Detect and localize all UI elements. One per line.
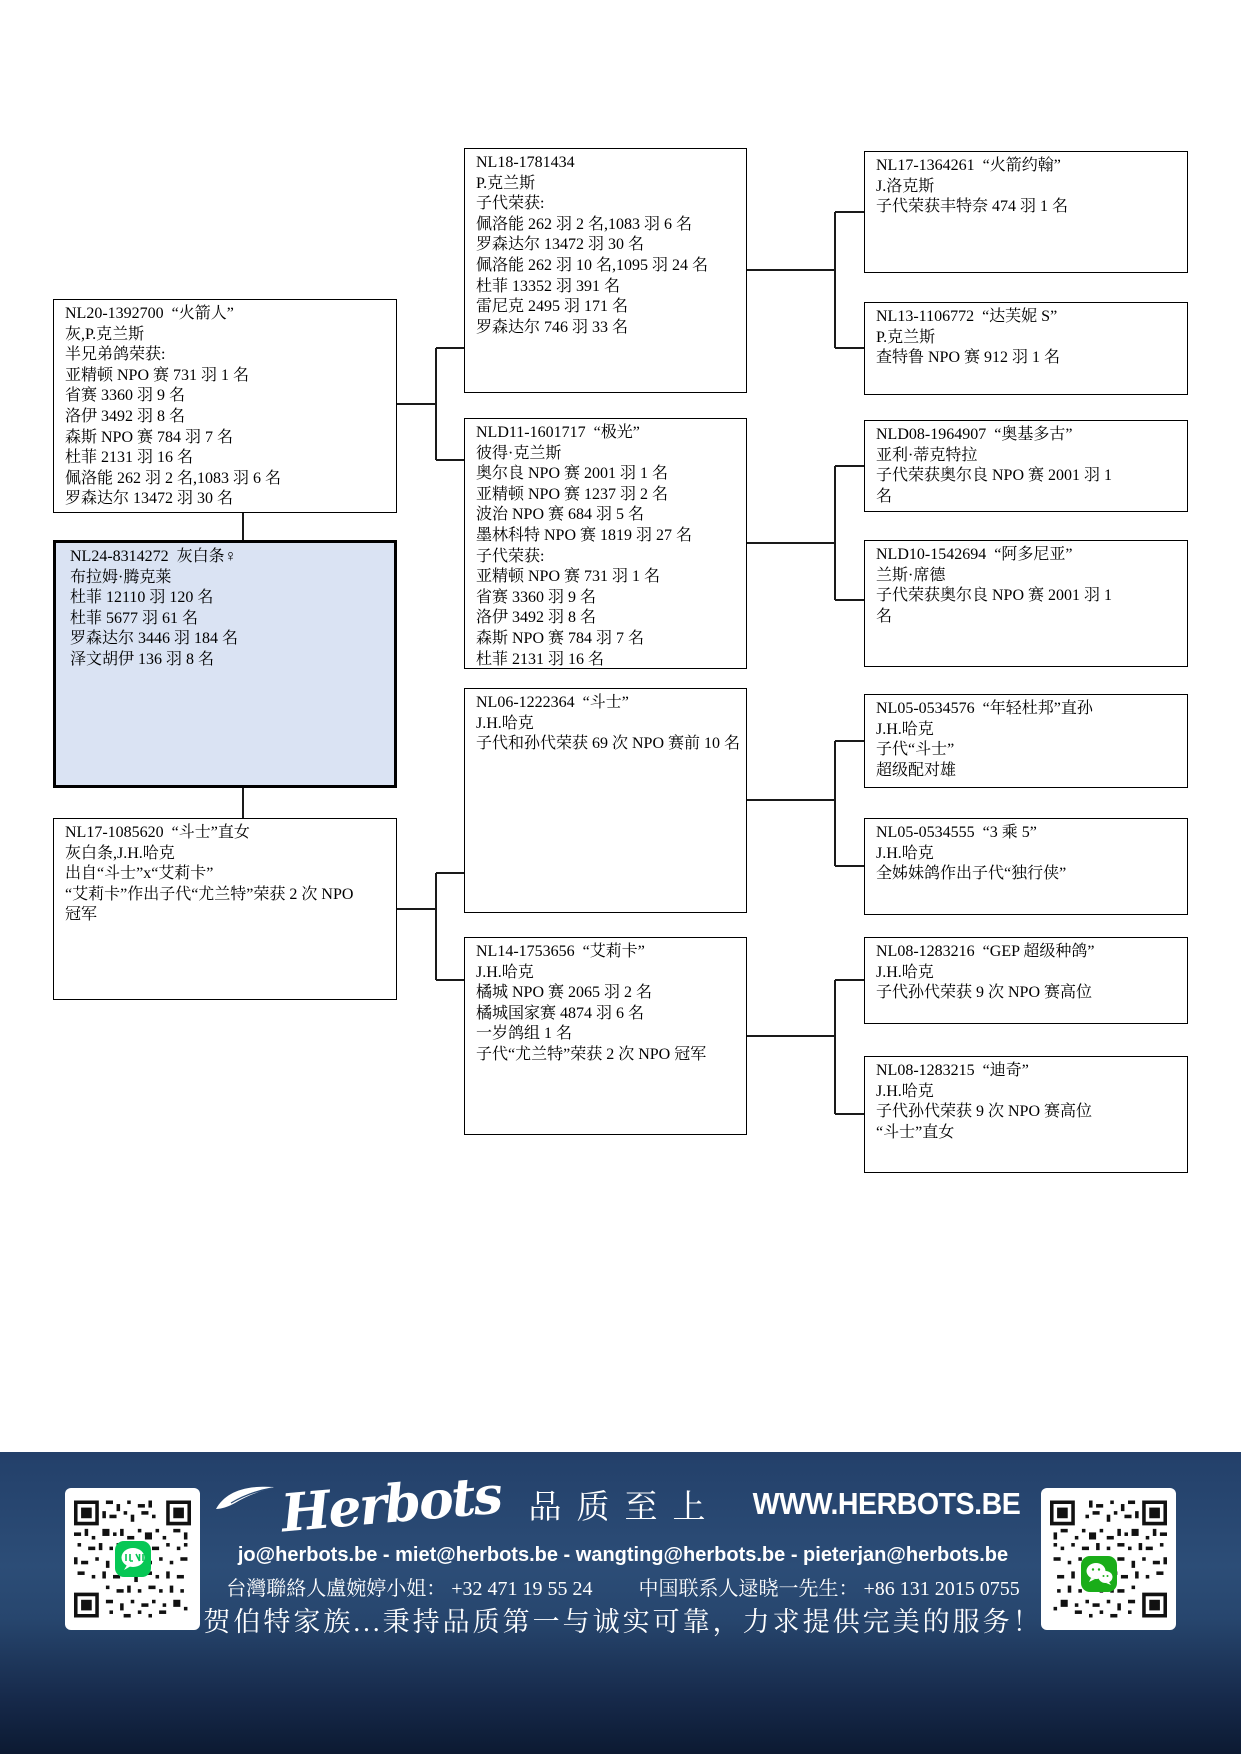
pedigree-text-line: 杜菲 2131 羽 16 名 [476, 650, 742, 669]
pedigree-text-line: 罗森达尔 3446 羽 184 名 [70, 629, 390, 650]
pedigree-text-line: 森斯 NPO 赛 784 羽 7 名 [476, 629, 742, 650]
pedigree-box-greatgrandparent-3: NLD08-1964907 “奥基多古”亚利·蒂克特拉子代荣获奥尔良 NPO 赛… [864, 420, 1188, 512]
pedigree-text-line: NLD10-1542694 “阿多尼亚” [876, 545, 1183, 566]
pedigree-text-line: 罗森达尔 13472 羽 30 名 [476, 235, 742, 256]
contact-china: 中国联系人逯晓一先生： +86 131 2015 0755 [639, 1572, 1020, 1601]
footer-logo-row: Herbots 品质至上 WWW.HERBOTS.BE [205, 1468, 1041, 1540]
pedigree-text-line: NL20-1392700 “火箭人” [65, 304, 392, 325]
pedigree-text-line: 罗森达尔 13472 羽 30 名 [65, 489, 392, 510]
footer-slogan: 贺伯特家族...秉持品质第一与诚实可靠，力求提供完美的服务！ [140, 1600, 1106, 1639]
pedigree-text-line: 杜菲 2131 羽 16 名 [65, 448, 392, 469]
pedigree-box-dam: NL17-1085620 “斗士”直女灰白条,J.H.哈克出自“斗士”x“艾莉卡… [53, 818, 397, 1000]
pedigree-text-line: J.H.哈克 [476, 714, 742, 735]
pedigree-text-line: 佩洛能 262 羽 2 名,1083 羽 6 名 [65, 469, 392, 490]
pedigree-text-line: 波治 NPO 赛 684 羽 5 名 [476, 505, 742, 526]
pedigree-box-dam-dam: NL14-1753656 “艾莉卡”J.H.哈克橘城 NPO 赛 2065 羽 … [464, 937, 747, 1135]
pedigree-text-line: NLD08-1964907 “奥基多古” [876, 425, 1183, 446]
pedigree-text-line: 布拉姆·腾克莱 [70, 568, 390, 589]
brand-wordmark: Herbots [278, 1464, 502, 1544]
pedigree-text-line: 子代和孙代荣获 69 次 NPO 赛前 10 名 [476, 734, 742, 755]
pedigree-text-line: 亚精顿 NPO 赛 1237 羽 2 名 [476, 485, 742, 506]
feather-icon [215, 1483, 277, 1513]
pedigree-text-line: J.H.哈克 [876, 1082, 1183, 1103]
pedigree-text-line: 橘城 NPO 赛 2065 羽 2 名 [476, 983, 742, 1004]
pedigree-text-line: 子代荣获: [476, 194, 742, 215]
pedigree-text-line: 查特鲁 NPO 赛 912 羽 1 名 [876, 348, 1183, 369]
pedigree-text-line: 省赛 3360 羽 9 名 [65, 386, 392, 407]
pedigree-text-line: NL14-1753656 “艾莉卡” [476, 942, 742, 963]
pedigree-box-sire: NL20-1392700 “火箭人”灰,P.克兰斯半兄弟鸽荣获:亚精顿 NPO … [53, 299, 397, 513]
pedigree-text-line: J.H.哈克 [876, 963, 1183, 984]
pedigree-box-greatgrandparent-2: NL13-1106772 “达芙妮 S”P.克兰斯查特鲁 NPO 赛 912 羽… [864, 302, 1188, 395]
pedigree-box-greatgrandparent-6: NL05-0534555 “3 乘 5”J.H.哈克全姊妹鸽作出子代“独行侠” [864, 818, 1188, 915]
pedigree-box-greatgrandparent-5: NL05-0534576 “年轻杜邦”直孙J.H.哈克子代“斗士”超级配对雄 [864, 694, 1188, 788]
pedigree-text-line: J.洛克斯 [876, 177, 1183, 198]
pedigree-text-line: 泽文胡伊 136 羽 8 名 [70, 650, 390, 671]
pedigree-text-line: 杜菲 12110 羽 120 名 [70, 588, 390, 609]
pedigree-box-dam-sire: NL06-1222364 “斗士”J.H.哈克子代和孙代荣获 69 次 NPO … [464, 688, 747, 913]
pedigree-text-line: 亚精顿 NPO 赛 731 羽 1 名 [65, 366, 392, 387]
pedigree-text-line: NL06-1222364 “斗士” [476, 693, 742, 714]
contact-taiwan: 台灣聯絡人盧婉婷小姐： +32 471 19 55 24 [226, 1572, 592, 1601]
pedigree-text-line: P.克兰斯 [876, 328, 1183, 349]
pedigree-text-line: 半兄弟鸽荣获: [65, 345, 392, 366]
pedigree-text-line: 名 [876, 487, 1183, 508]
pedigree-text-line: 子代荣获丰特奈 474 羽 1 名 [876, 197, 1183, 218]
pedigree-text-line: 灰,P.克兰斯 [65, 325, 392, 346]
pedigree-text-line: NL05-0534555 “3 乘 5” [876, 823, 1183, 844]
footer-contacts: 台灣聯絡人盧婉婷小姐： +32 471 19 55 24 中国联系人逯晓一先生：… [140, 1572, 1106, 1601]
pedigree-text-line: 墨林科特 NPO 赛 1819 羽 27 名 [476, 526, 742, 547]
pedigree-text-line: 名 [876, 607, 1183, 628]
pedigree-text-line: 出自“斗士”x“艾莉卡” [65, 864, 392, 885]
pedigree-text-line: “艾莉卡”作出子代“尤兰特”荣获 2 次 NPO [65, 885, 392, 906]
pedigree-text-line: 彼得·克兰斯 [476, 444, 742, 465]
pedigree-text-line: 兰斯·席德 [876, 566, 1183, 587]
pedigree-text-line: J.H.哈克 [876, 720, 1183, 741]
pedigree-text-line: NL18-1781434 [476, 153, 742, 174]
pedigree-text-line: NLD11-1601717 “极光” [476, 423, 742, 444]
website-text: WWW.HERBOTS.BE [752, 1486, 1020, 1522]
brand-tagline: 品质至上 [529, 1481, 721, 1528]
pedigree-text-line: 子代荣获奥尔良 NPO 赛 2001 羽 1 [876, 466, 1183, 487]
footer-emails: jo@herbots.be - miet@herbots.be - wangti… [205, 1544, 1041, 1567]
pedigree-text-line: 洛伊 3492 羽 8 名 [476, 608, 742, 629]
pedigree-text-line: J.H.哈克 [876, 844, 1183, 865]
pedigree-text-line: 超级配对雄 [876, 761, 1183, 782]
pedigree-text-line: 橘城国家赛 4874 羽 6 名 [476, 1004, 742, 1025]
pedigree-text-line: NL17-1364261 “火箭约翰” [876, 156, 1183, 177]
pedigree-text-line: P.克兰斯 [476, 174, 742, 195]
pedigree-page: NL20-1392700 “火箭人”灰,P.克兰斯半兄弟鸽荣获:亚精顿 NPO … [0, 0, 1241, 1754]
pedigree-text-line: 省赛 3360 羽 9 名 [476, 588, 742, 609]
pedigree-text-line: 杜菲 5677 羽 61 名 [70, 609, 390, 630]
pedigree-text-line: 子代荣获: [476, 547, 742, 568]
pedigree-text-line: 杜菲 13352 羽 391 名 [476, 277, 742, 298]
pedigree-text-line: 佩洛能 262 羽 10 名,1095 羽 24 名 [476, 256, 742, 277]
pedigree-text-line: 佩洛能 262 羽 2 名,1083 羽 6 名 [476, 215, 742, 236]
pedigree-text-line: 罗森达尔 746 羽 33 名 [476, 318, 742, 339]
pedigree-text-line: NL13-1106772 “达芙妮 S” [876, 307, 1183, 328]
pedigree-text-line: 洛伊 3492 羽 8 名 [65, 407, 392, 428]
pedigree-text-line: 全姊妹鸽作出子代“独行侠” [876, 864, 1183, 885]
pedigree-text-line: 灰白条,J.H.哈克 [65, 844, 392, 865]
pedigree-box-sire-sire: NL18-1781434P.克兰斯子代荣获:佩洛能 262 羽 2 名,1083… [464, 148, 747, 393]
pedigree-box-greatgrandparent-1: NL17-1364261 “火箭约翰”J.洛克斯子代荣获丰特奈 474 羽 1 … [864, 151, 1188, 273]
pedigree-box-subject: NL24-8314272 灰白条♀布拉姆·腾克莱杜菲 12110 羽 120 名… [53, 540, 397, 788]
pedigree-text-line: 亚利·蒂克特拉 [876, 446, 1183, 467]
pedigree-box-sire-dam: NLD11-1601717 “极光”彼得·克兰斯奥尔良 NPO 赛 2001 羽… [464, 418, 747, 669]
pedigree-text-line: 子代“斗士” [876, 740, 1183, 761]
pedigree-text-line: NL05-0534576 “年轻杜邦”直孙 [876, 699, 1183, 720]
pedigree-text-line: 一岁鸽组 1 名 [476, 1024, 742, 1045]
pedigree-text-line: NL17-1085620 “斗士”直女 [65, 823, 392, 844]
pedigree-text-line: 子代孙代荣获 9 次 NPO 赛高位 [876, 983, 1183, 1004]
pedigree-box-greatgrandparent-8: NL08-1283215 “迪奇”J.H.哈克子代孙代荣获 9 次 NPO 赛高… [864, 1056, 1188, 1173]
pedigree-box-greatgrandparent-7: NL08-1283216 “GEP 超级种鸽”J.H.哈克子代孙代荣获 9 次 … [864, 937, 1188, 1024]
pedigree-text-line: 亚精顿 NPO 赛 731 羽 1 名 [476, 567, 742, 588]
pedigree-text-line: 子代孙代荣获 9 次 NPO 赛高位 [876, 1102, 1183, 1123]
pedigree-text-line: 子代荣获奥尔良 NPO 赛 2001 羽 1 [876, 586, 1183, 607]
pedigree-text-line: 奥尔良 NPO 赛 2001 羽 1 名 [476, 464, 742, 485]
footer-band: Herbots 品质至上 WWW.HERBOTS.BE jo@herbots.b… [0, 1452, 1241, 1754]
pedigree-text-line: J.H.哈克 [476, 963, 742, 984]
pedigree-text-line: 森斯 NPO 赛 784 羽 7 名 [65, 428, 392, 449]
pedigree-text-line: 雷尼克 2495 羽 171 名 [476, 297, 742, 318]
pedigree-text-line: 子代“尤兰特”荣获 2 次 NPO 冠军 [476, 1045, 742, 1066]
pedigree-box-greatgrandparent-4: NLD10-1542694 “阿多尼亚”兰斯·席德子代荣获奥尔良 NPO 赛 2… [864, 540, 1188, 667]
pedigree-text-line: NL08-1283215 “迪奇” [876, 1061, 1183, 1082]
pedigree-text-line: NL08-1283216 “GEP 超级种鸽” [876, 942, 1183, 963]
pedigree-text-line: 冠军 [65, 905, 392, 926]
pedigree-text-line: NL24-8314272 灰白条♀ [70, 547, 390, 568]
pedigree-text-line: “斗士”直女 [876, 1123, 1183, 1144]
